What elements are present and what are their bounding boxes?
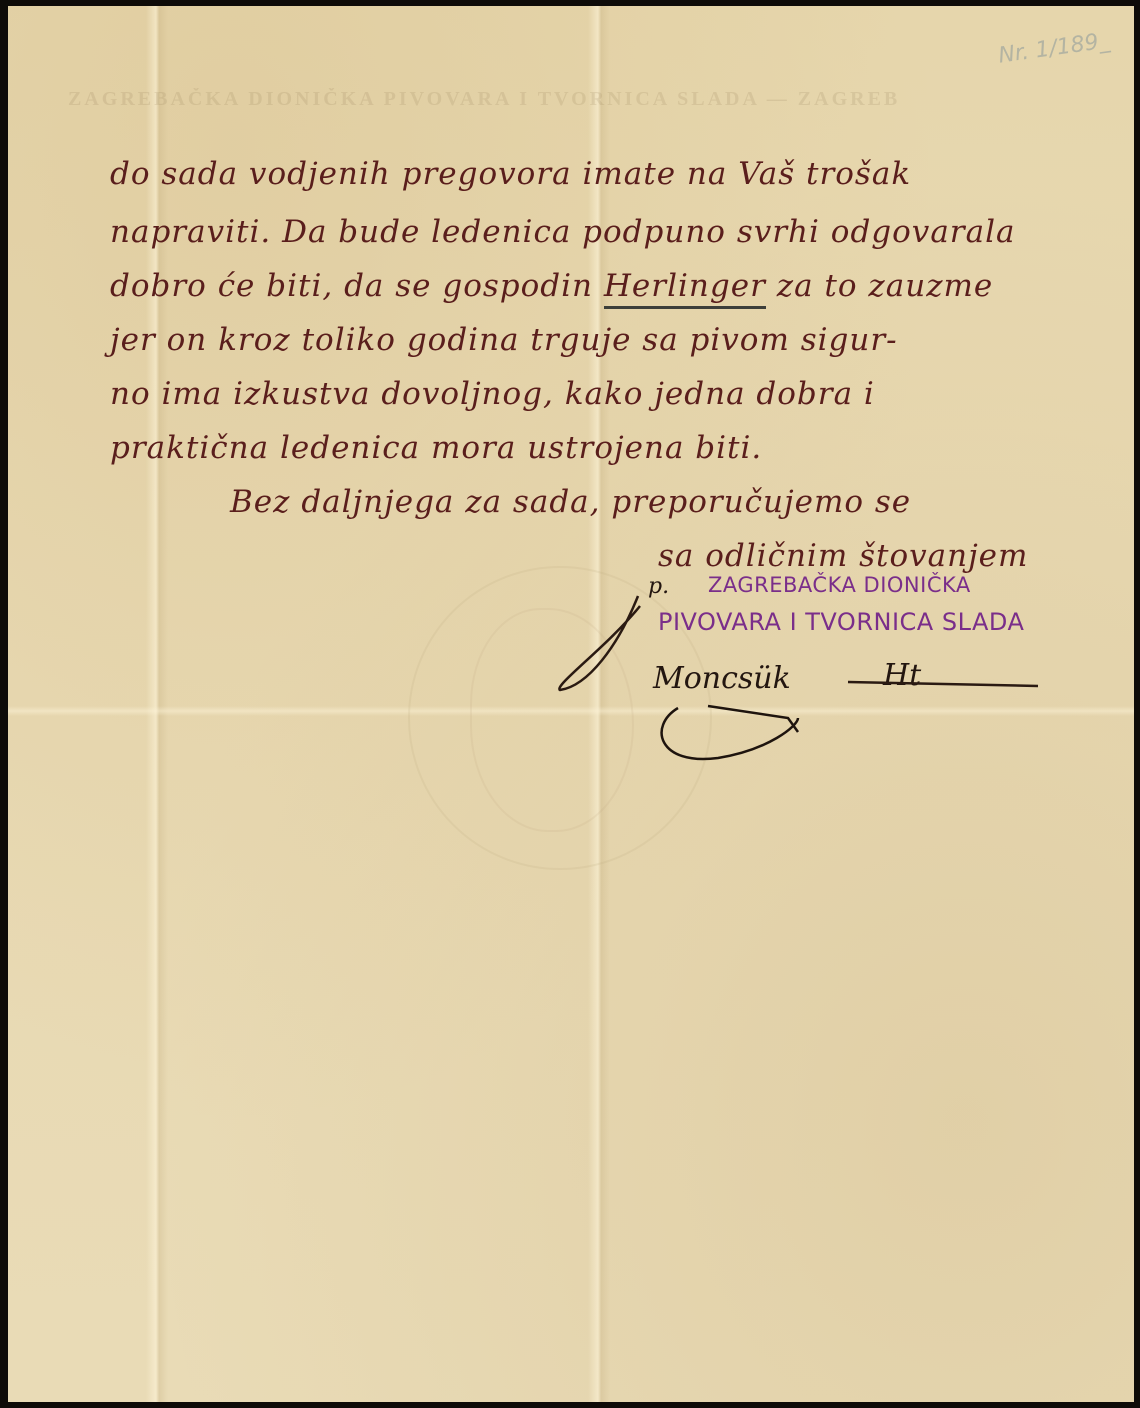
signature-flourish-left: [559, 596, 640, 690]
signature-underline: [848, 682, 1038, 686]
signature-flourishes: [8, 6, 1134, 1402]
signature-flourish-bottom: [662, 706, 798, 759]
letter-page: ZAGREBAČKA DIONIČKA PIVOVARA I TVORNICA …: [8, 6, 1134, 1402]
